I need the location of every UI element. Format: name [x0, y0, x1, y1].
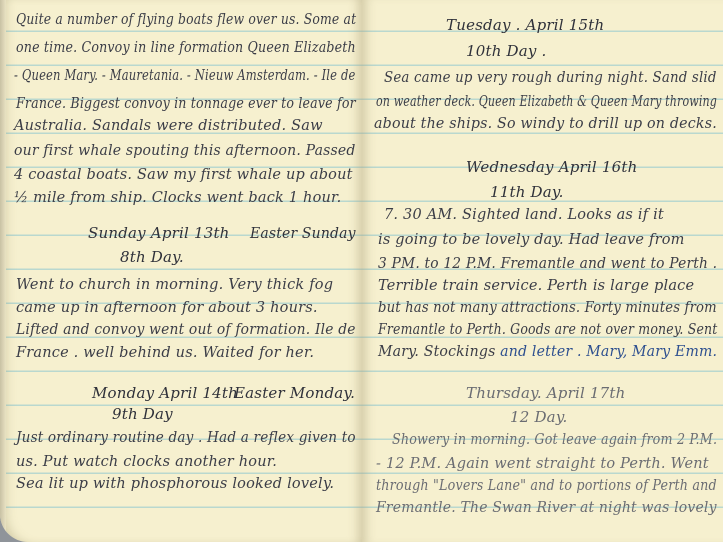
- text-line: ½ mile from ship. Clocks went back 1 hou…: [14, 190, 341, 206]
- text-line: 7. 30 AM. Sighted land. Looks as if it: [384, 207, 664, 223]
- text-line-mixed-ink: Mary. Stockings and letter . Mary, Mary …: [378, 344, 717, 360]
- entry-date: Tuesday . April 15th: [446, 16, 604, 34]
- entry-day: 11th Day.: [490, 183, 564, 201]
- page-edge: [0, 0, 6, 542]
- text-line: our first whale spouting this afternoon.…: [14, 143, 356, 159]
- text-line: France . well behind us. Waited for her.: [16, 345, 314, 361]
- right-diary-page: Tuesday . April 15th 10th Day . Sea came…: [362, 0, 723, 542]
- text-line: through "Lovers Lane" and to portions of…: [376, 478, 717, 494]
- text-line: on weather deck. Queen Elizabeth & Queen…: [376, 94, 717, 110]
- text-line: is going to be lovely day. Had leave fro…: [378, 232, 685, 248]
- entry-date: Sunday April 13th: [88, 224, 230, 242]
- dark-ink-text: Mary. Stockings: [378, 344, 500, 360]
- text-line: 4 coastal boats. Saw my first whale up a…: [14, 167, 353, 183]
- text-line: Went to church in morning. Very thick fo…: [16, 277, 333, 293]
- text-line: one time. Convoy in line formation Queen…: [16, 40, 356, 56]
- blue-ink-text: and letter . Mary, Mary Emm.: [500, 344, 717, 360]
- text-line: Sea came up very rough during night. San…: [384, 70, 717, 86]
- text-line: about the ships. So windy to drill up on…: [374, 116, 717, 132]
- entry-day: 10th Day .: [466, 42, 547, 60]
- entry-date: Monday April 14th: [92, 384, 238, 402]
- text-line: Sea lit up with phosphorous looked lovel…: [16, 476, 334, 492]
- text-line: us. Put watch clocks another hour.: [16, 454, 277, 470]
- text-line: Quite a number of flying boats flew over…: [16, 12, 356, 28]
- text-line: Just ordinary routine day . Had a reflex…: [16, 430, 356, 446]
- text-line: Showery in morning. Got leave again from…: [392, 432, 717, 448]
- text-line: Australia. Sandals were distributed. Saw: [14, 118, 323, 134]
- text-line: 3 PM. to 12 P.M. Fremantle and went to P…: [378, 256, 717, 272]
- text-line: France. Biggest convoy in tonnage ever t…: [16, 96, 356, 112]
- left-diary-page: Quite a number of flying boats flew over…: [0, 0, 362, 542]
- text-line: - 12 P.M. Again went straight to Perth. …: [376, 456, 709, 472]
- text-line: Fremantle. The Swan River at night was l…: [376, 500, 717, 516]
- entry-note: Easter Sunday: [250, 224, 356, 242]
- text-line: - Queen Mary. - Mauretania. - Nieuw Amst…: [14, 68, 355, 84]
- text-line: Fremantle to Perth. Goods are not over m…: [378, 322, 717, 338]
- entry-day: 9th Day: [112, 405, 173, 423]
- text-line: but has not many attractions. Forty minu…: [378, 300, 717, 316]
- text-line: Terrible train service. Perth is large p…: [378, 278, 694, 294]
- text-line: Lifted and convoy went out of formation.…: [16, 322, 356, 338]
- entry-note: Easter Monday.: [234, 384, 355, 402]
- text-line: came up in afternoon for about 3 hours.: [16, 300, 318, 316]
- entry-date: Thursday. April 17th: [466, 384, 626, 402]
- entry-day: 8th Day.: [120, 248, 184, 266]
- entry-date: Wednesday April 16th: [466, 158, 637, 176]
- entry-day: 12 Day.: [510, 408, 567, 426]
